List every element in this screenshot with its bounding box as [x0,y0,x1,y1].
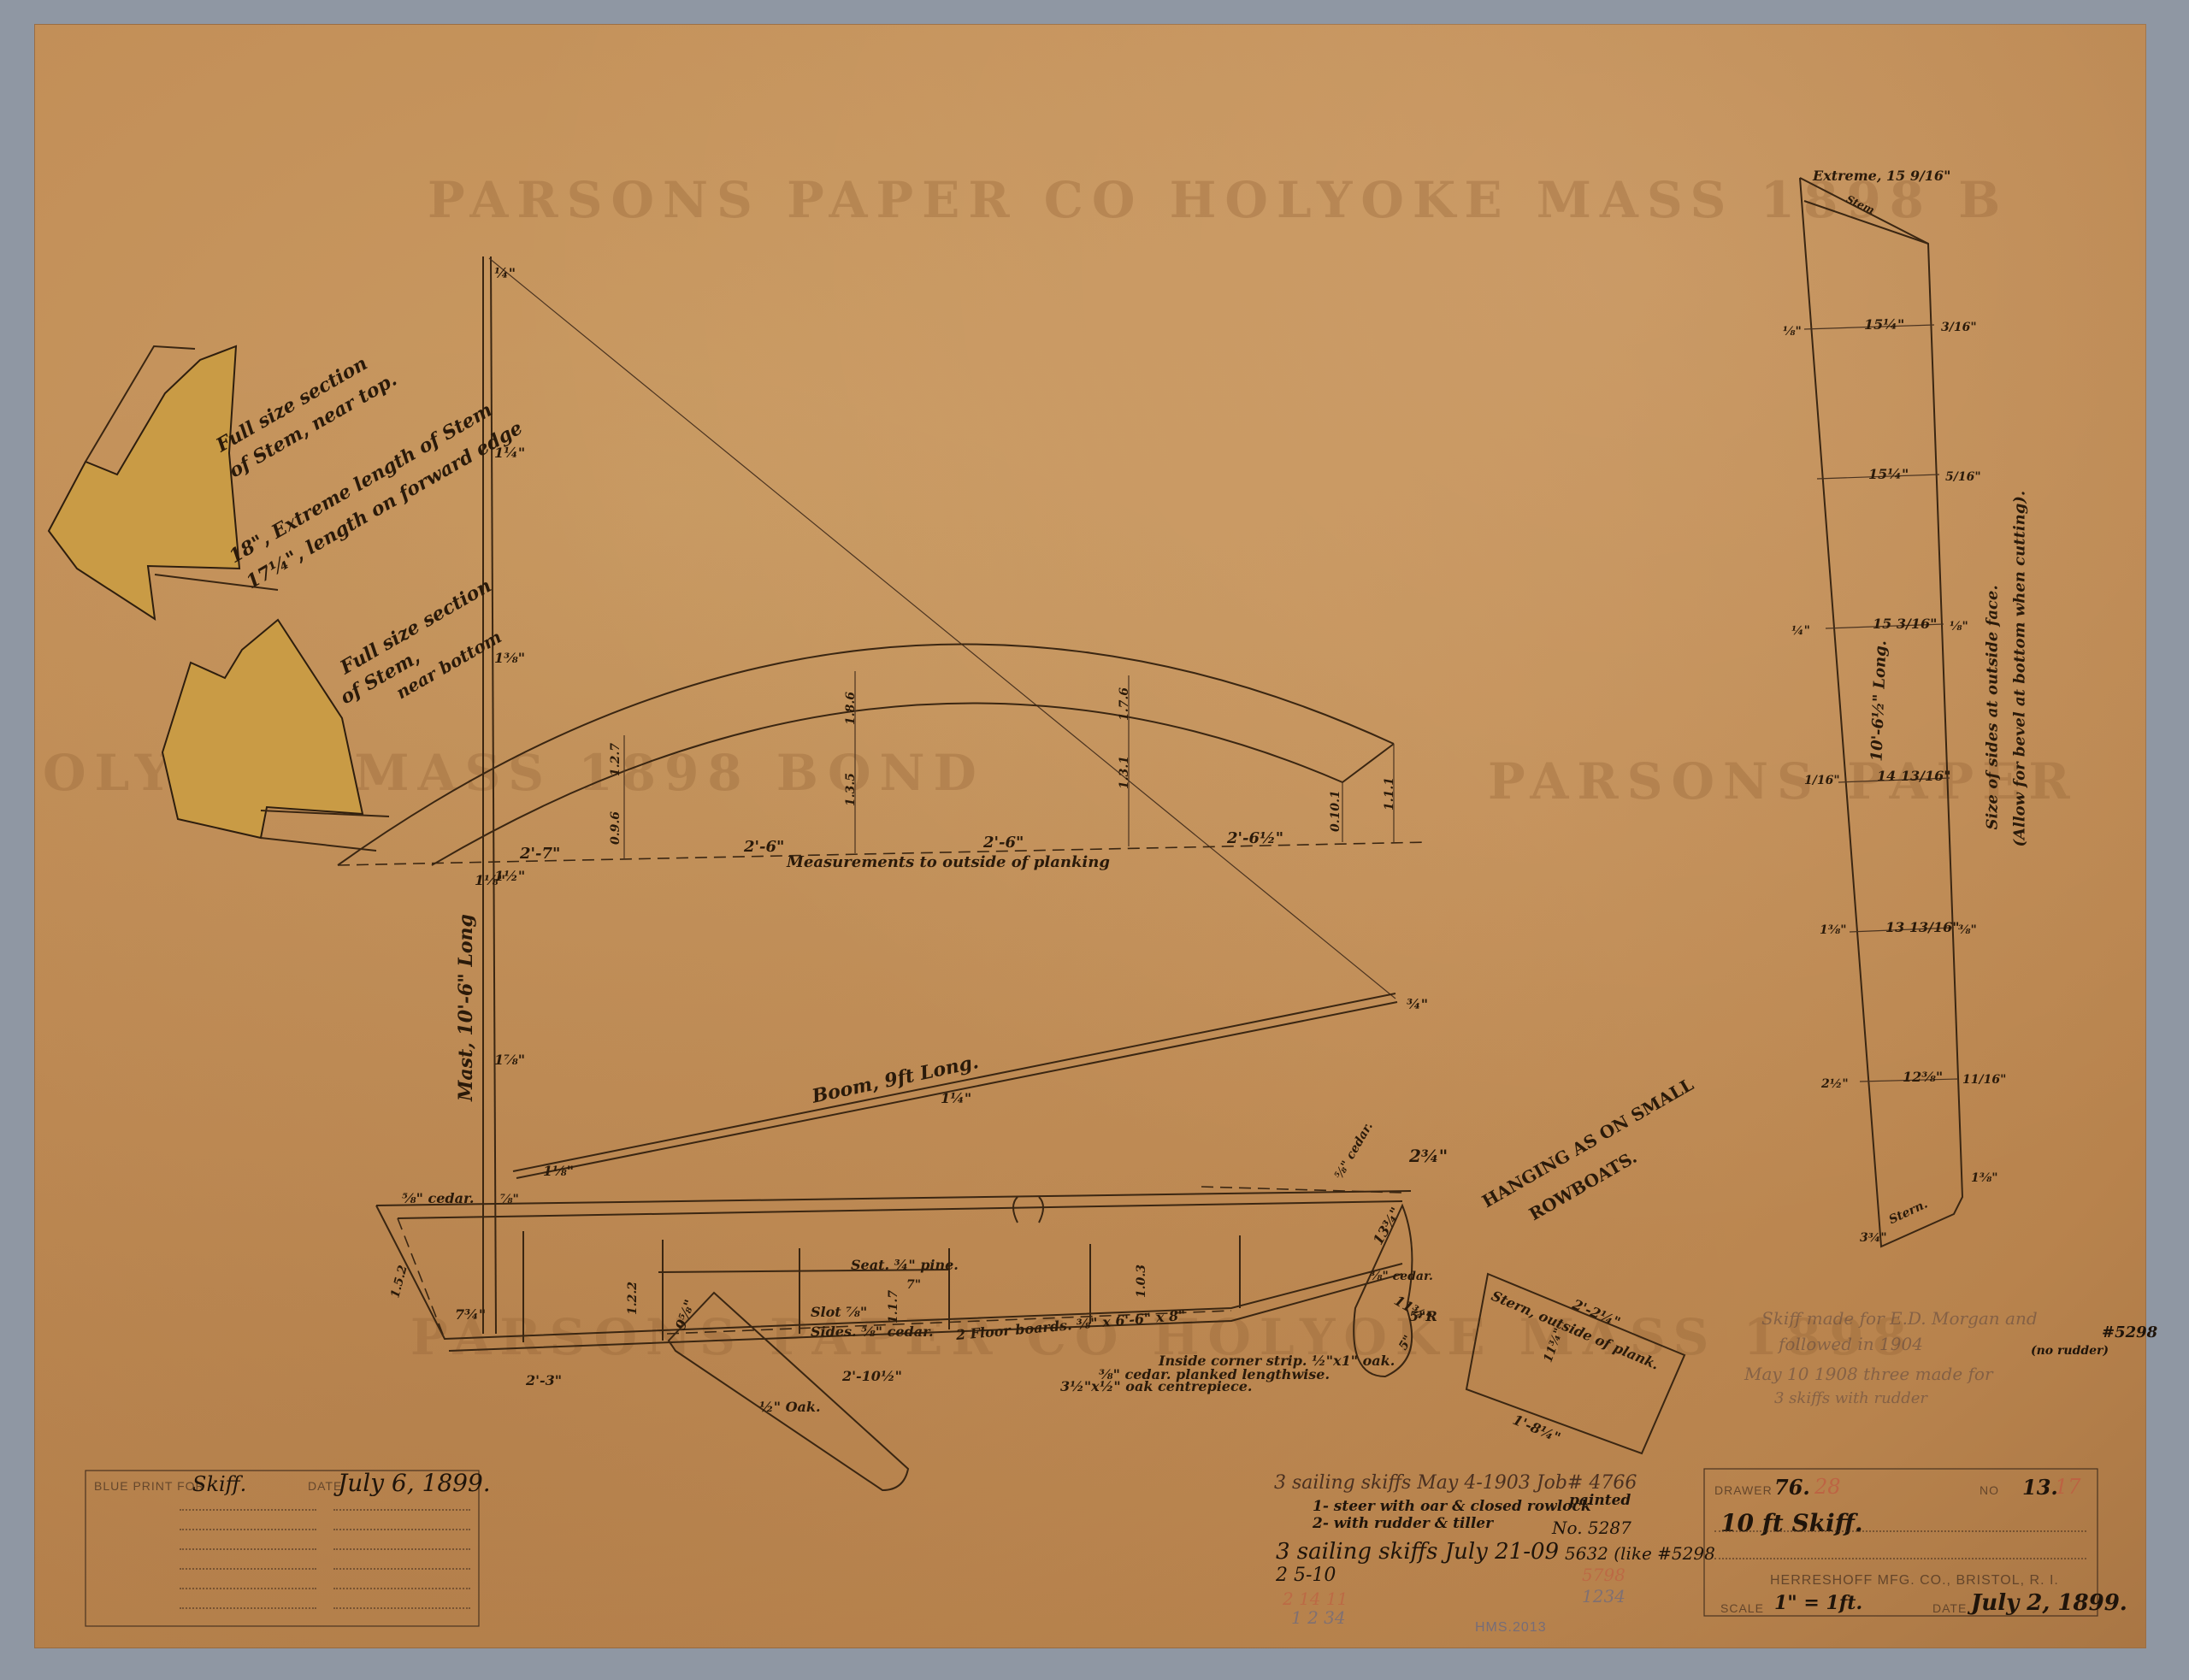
date-label: DATE [1932,1601,1967,1615]
archive-stamp: HMS.2013 [1475,1620,1547,1636]
centreboard-label: ½" Oak. [759,1399,821,1415]
right-offset-4: ⅜" [1958,923,1977,937]
left-offset-2: ¼" [1791,624,1810,638]
seat-width: 7" [906,1278,921,1292]
mast-dim-4: 1⅞" [494,1052,525,1068]
right-offset-1: 3/16" [1941,321,1977,334]
mast-dim-2: 1⅜" [494,650,525,666]
dotted-line [180,1607,316,1609]
bow-cedar-label: ⅝" cedar. [402,1190,474,1206]
pencil-note-2: followed in 1904 [1779,1334,1923,1354]
note-line-5: 2 5-10 [1276,1565,1336,1586]
job-5298: #5298 [2102,1323,2157,1341]
offset-lower-3: 1.3.1 [1118,756,1131,789]
left-offset-4: 1⅜" [1820,923,1847,937]
right-offset-3: ⅛" [1950,620,1968,634]
pencil-note-3: May 10 1908 three made for [1744,1364,1993,1384]
boom-dim: 1¼" [941,1090,971,1106]
dim-aft: 2'-10½" [842,1368,902,1384]
planking-spacing-4: 2'-6½" [1227,829,1283,847]
pencil-note-4: 3 skiffs with rudder [1774,1389,1927,1407]
boom [513,993,1395,1171]
side-width-1: 15¼" [1864,316,1904,333]
offset-upper-1: 1.2.7 [609,743,622,776]
blueprint-for-label: BLUE PRINT FOR [94,1479,205,1493]
blueprint-for-value: Skiff. [192,1472,246,1496]
boom-end-dim: ¾" [1407,996,1428,1012]
slot-sides-label: Sides. ⅝" cedar. [811,1323,934,1340]
offset-upper-4: 1.1.1 [1383,777,1396,811]
side-width-6: 12⅜" [1903,1069,1943,1085]
dotted-line [333,1568,470,1570]
depth-fwd: 1.2.2 [626,1282,640,1315]
depth-aft: 1.0.3 [1135,1264,1148,1298]
scale-value: 1" = 1ft. [1774,1592,1862,1614]
no-rudder-note: (no rudder) [2031,1344,2109,1358]
note-job-2: 5632 (like #5298 [1565,1543,1715,1564]
note-line-3: 2- with rudder & tiller [1313,1515,1493,1532]
slot-label: Slot ⅞" [811,1304,867,1320]
drawing-linework [0,0,2189,1680]
centrepiece-label: 3½"x½" oak centrepiece. [1060,1378,1252,1394]
rudder-width: 2¾" [1409,1146,1448,1166]
stem-section-top [49,346,278,619]
note-line-1: 3 sailing skiffs May 4-1903 Job# 4766 [1274,1472,1637,1494]
dotted-line [180,1548,316,1550]
dotted-line [180,1568,316,1570]
right-offset-2: 5/16" [1945,470,1981,484]
offset-lower-4: 0.10.1 [1329,790,1342,832]
planking-spacing-3: 2'-6" [983,834,1024,852]
note-job-4: 1234 [1582,1586,1626,1606]
seat-label: Seat. ¾" pine. [851,1257,959,1273]
mast-step-dim-2: ⅞" [500,1193,519,1206]
offset-upper-2: 1.8.6 [844,692,858,725]
no-red: 17 [2055,1475,2081,1499]
pencil-note-1: Skiff made for E.D. Morgan and [1761,1308,2038,1329]
planking-arc-inner [432,703,1342,865]
dotted-line [333,1588,470,1589]
offset-upper-3: 1.7.6 [1118,687,1131,721]
side-note-1: Size of sides at outside face. [1984,585,2002,829]
drawer-value: 76. [1774,1475,1810,1500]
right-offset-6: 1⅜" [1971,1171,1998,1185]
note-painted: painted [1569,1492,1631,1509]
no-value: 13. [2022,1475,2058,1500]
dotted-line [180,1509,316,1511]
note-job-3: 5798 [1582,1565,1626,1585]
no-label: NO [1980,1483,1999,1497]
mast-top-dim: ¼" [494,265,516,281]
left-offset-5: 2½" [1821,1077,1849,1091]
side-note-2: (Allow for bevel at bottom when cutting)… [2011,491,2029,847]
title-dotted-line [1714,1530,2086,1532]
mast-step-dim-1: 7¾" [455,1306,486,1323]
drawer-red: 28 [1814,1475,1841,1499]
sail-leech [489,258,1395,999]
offset-lower-2: 1.3.5 [844,773,858,806]
left-offset-3: 1/16" [1804,774,1840,787]
note-job-1: No. 5287 [1552,1518,1631,1538]
scale-label: SCALE [1720,1601,1764,1615]
boom-heel-dim: 1⅛" [543,1163,574,1179]
side-width-2: 15¼" [1868,466,1909,482]
mast-dim-1: 1¼" [494,445,525,461]
dotted-line [333,1529,470,1530]
note-line-4: 3 sailing skiffs July 21-09 [1276,1539,1559,1565]
planking-spacing-1: 2'-7" [520,845,560,863]
mast-label: Mast, 10'-6" Long [455,914,477,1101]
drawer-label: DRAWER [1714,1483,1773,1497]
side-extreme: Extreme, 15 9/16" [1813,168,1950,184]
left-offset-6: 3¾" [1860,1231,1887,1245]
company-name: HERRESHOFF MFG. CO., BRISTOL, R. I. [1770,1573,2059,1589]
planking-spacing-2: 2'-6" [744,838,784,856]
right-offset-5: 11/16" [1962,1073,2006,1087]
dotted-line [333,1607,470,1609]
drawing-date: July 2, 1899. [1971,1590,2127,1616]
note-line-2: 1- steer with oar & closed rowlock [1313,1498,1591,1515]
offset-lower-1: 0.9.6 [609,811,622,845]
planking-heel-dim: 1⅛" [475,872,505,888]
note-line-6: 2 14 11 [1283,1589,1348,1609]
dim-fwd: 2'-3" [526,1372,562,1388]
planking-label: Measurements to outside of planking [787,853,1110,871]
side-width-5: 13 13/16" [1885,919,1960,935]
rudder-radius: 5"R [1409,1308,1437,1324]
left-offset-1: ⅛" [1783,325,1802,339]
rudder-cedar: ⅜" cedar. [1370,1270,1433,1283]
dotted-line [180,1529,316,1530]
side-width-4: 14 13/16" [1877,768,1951,784]
blueprint-date: July 6, 1899. [338,1469,491,1497]
slot-depth: 1.1.7 [887,1290,900,1323]
note-line-7: 1 2 34 [1291,1607,1346,1628]
title-dotted-line-2 [1714,1558,2086,1559]
dotted-line [333,1509,470,1511]
dotted-line [180,1588,316,1589]
drawing-title: 10 ft Skiff. [1720,1509,1863,1537]
side-width-3: 15 3/16" [1873,616,1937,632]
dotted-line [333,1548,470,1550]
